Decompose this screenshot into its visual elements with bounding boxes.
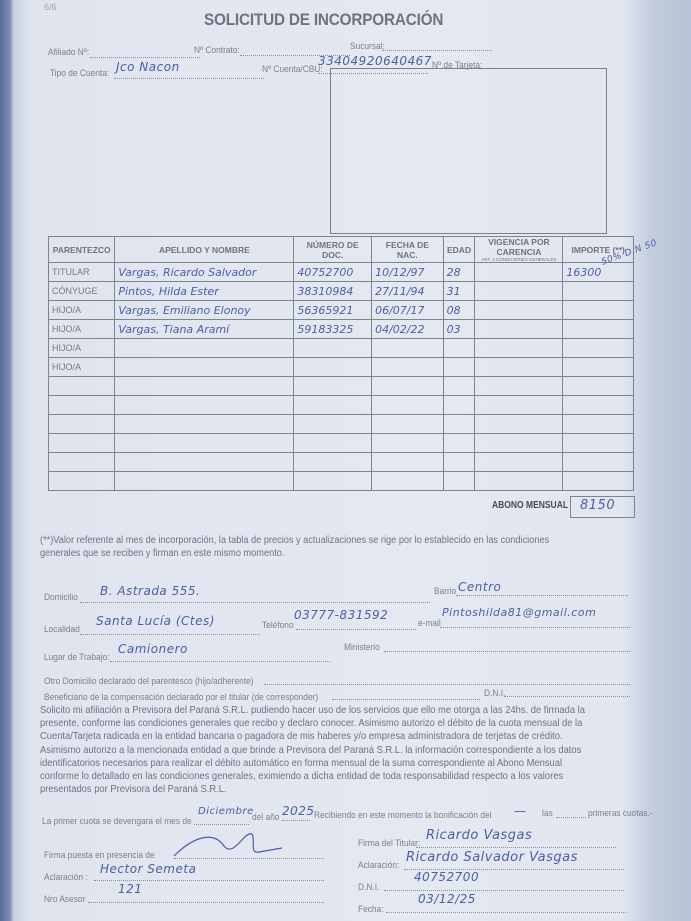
table-header-row: PARENTEZCO APELLIDO Y NOMBRE NÚMERO DE D… xyxy=(49,237,634,263)
tipo-cuenta-field[interactable] xyxy=(114,78,264,79)
cell-nombre[interactable] xyxy=(115,358,294,377)
fecha-value: 03/12/25 xyxy=(418,892,476,906)
contrato-label: Nº Contrato: xyxy=(194,45,240,56)
barrio-label: Barrio xyxy=(434,586,456,597)
cell-importe[interactable] xyxy=(563,472,634,491)
domicilio-label: Domicilio xyxy=(44,592,78,603)
cell-parentezco: CÓNYUGE xyxy=(49,282,115,301)
table-row xyxy=(49,377,634,396)
telefono-label: Teléfono xyxy=(262,620,294,631)
col-vigencia-sub: ART. 4 CONDICIONES GENERALES xyxy=(478,257,559,262)
form-title: SOLICITUD DE INCORPORACIÓN xyxy=(204,10,443,30)
table-row: HIJO/A xyxy=(49,339,634,358)
cell-edad[interactable] xyxy=(443,358,475,377)
cell-vigencia[interactable] xyxy=(475,263,563,282)
firma-titular-label: Firma del Titular: xyxy=(358,838,420,849)
domicilio-value: B. Astrada 555. xyxy=(100,584,200,598)
aclaracion-right-value: Ricardo Salvador Vasgas xyxy=(406,850,578,865)
barrio-value: Centro xyxy=(458,580,501,594)
witness-signature xyxy=(164,826,284,866)
cell-edad[interactable] xyxy=(443,472,475,491)
cell-importe[interactable] xyxy=(563,396,634,415)
cuenta-cbu-value: 33404920640467 xyxy=(318,54,432,68)
firma-titular-value: Ricardo Vasgas xyxy=(426,828,532,843)
cell-nombre[interactable]: Vargas, Ricardo Salvador xyxy=(115,263,294,282)
cell-fecha[interactable] xyxy=(372,358,444,377)
cell-edad[interactable] xyxy=(443,377,475,396)
cell-nombre[interactable] xyxy=(115,415,294,434)
cell-vigencia[interactable] xyxy=(475,301,563,320)
trabajo-label: Lugar de Trabajo: xyxy=(44,652,110,663)
bonificacion-text: Recibiendo en este momento la bonificaci… xyxy=(314,810,492,821)
localidad-label: Localidad xyxy=(44,624,80,635)
cell-vigencia[interactable] xyxy=(475,358,563,377)
cell-nombre[interactable] xyxy=(115,396,294,415)
cell-fecha[interactable] xyxy=(372,396,444,415)
cell-nombre[interactable] xyxy=(115,377,294,396)
cell-doc[interactable] xyxy=(294,339,372,358)
ministerio-label: Ministerio xyxy=(344,642,380,653)
cell-edad[interactable] xyxy=(443,434,475,453)
cell-edad[interactable]: 31 xyxy=(443,282,475,301)
email-label: e-mail xyxy=(418,618,441,629)
cell-importe[interactable]: 16300 xyxy=(563,263,634,282)
beneficiario-field[interactable] xyxy=(332,699,480,700)
beneficiario-dni-field[interactable] xyxy=(504,696,630,697)
cell-nombre[interactable]: Vargas, Emiliano Elonoy xyxy=(115,301,294,320)
cell-nombre[interactable] xyxy=(115,472,294,491)
table-row: HIJO/AVargas, Emiliano Elonoy5636592106/… xyxy=(49,301,634,320)
firma-titular-field[interactable] xyxy=(416,847,616,848)
cuota-suffix: primeras cuotas.- xyxy=(588,808,653,819)
cell-doc[interactable] xyxy=(294,396,372,415)
cell-importe[interactable] xyxy=(563,320,634,339)
cell-vigencia[interactable] xyxy=(475,339,563,358)
aclaracion-left-field[interactable] xyxy=(94,880,324,881)
cell-importe[interactable] xyxy=(563,415,634,434)
cuota-anio-field[interactable] xyxy=(282,820,310,821)
trabajo-field[interactable] xyxy=(110,661,330,662)
cell-doc[interactable] xyxy=(294,472,372,491)
col-parentezco: PARENTEZCO xyxy=(49,237,115,263)
barrio-field[interactable] xyxy=(456,595,628,596)
asesor-value: 121 xyxy=(118,882,142,896)
cell-importe[interactable] xyxy=(563,282,634,301)
cell-parentezco xyxy=(49,453,115,472)
cell-doc[interactable]: 56365921 xyxy=(294,301,372,320)
cell-importe[interactable] xyxy=(563,301,634,320)
dni-value: 40752700 xyxy=(414,870,479,884)
dni-field[interactable] xyxy=(384,890,624,891)
cell-nombre[interactable] xyxy=(115,453,294,472)
price-note: (**)Valor referente al mes de incorporac… xyxy=(40,534,592,560)
cell-fecha[interactable]: 27/11/94 xyxy=(372,282,444,301)
cell-doc[interactable]: 59183325 xyxy=(294,320,372,339)
las-field[interactable] xyxy=(556,817,586,818)
page-indicator: 6/6 xyxy=(44,2,57,12)
cell-doc[interactable]: 40752700 xyxy=(294,263,372,282)
family-table: PARENTEZCO APELLIDO Y NOMBRE NÚMERO DE D… xyxy=(48,236,634,491)
cell-doc[interactable] xyxy=(294,358,372,377)
cell-vigencia[interactable] xyxy=(475,434,563,453)
table-row: TITULARVargas, Ricardo Salvador407527001… xyxy=(49,263,634,282)
tipo-cuenta-label: Tipo de Cuenta: xyxy=(50,68,109,79)
telefono-field[interactable] xyxy=(296,629,416,630)
email-value: Pintoshilda81@gmail.com xyxy=(442,606,596,619)
cell-edad[interactable] xyxy=(443,453,475,472)
bonificacion-value: — xyxy=(514,804,527,818)
cell-fecha[interactable] xyxy=(372,339,444,358)
table-row xyxy=(49,453,634,472)
cell-parentezco xyxy=(49,415,115,434)
cell-importe[interactable] xyxy=(563,377,634,396)
cell-doc[interactable] xyxy=(294,434,372,453)
cell-doc[interactable]: 38310984 xyxy=(294,282,372,301)
cell-vigencia[interactable] xyxy=(475,472,563,491)
cuota-mes-field[interactable] xyxy=(194,824,249,825)
col-doc: NÚMERO DE DOC. xyxy=(294,237,372,263)
afiliado-label: Afiliado Nº: xyxy=(48,47,89,58)
abono-value: 8150 xyxy=(580,498,615,513)
cell-fecha[interactable]: 10/12/97 xyxy=(372,263,444,282)
cuenta-cbu-label: Nº Cuenta/CBU: xyxy=(262,64,323,75)
cell-parentezco: HIJO/A xyxy=(49,358,115,377)
cell-parentezco xyxy=(49,377,115,396)
table-row: HIJO/A xyxy=(49,358,634,377)
beneficiario-dni-label: D.N.I. xyxy=(484,688,505,699)
aclaracion-left-label: Aclaración : xyxy=(44,872,88,883)
cell-fecha[interactable]: 04/02/22 xyxy=(372,320,444,339)
table-row: HIJO/AVargas, Tiana Aramí5918332504/02/2… xyxy=(49,320,634,339)
cell-vigencia[interactable] xyxy=(475,377,563,396)
cuota-mes-value: Diciembre xyxy=(198,806,254,817)
cell-edad[interactable]: 03 xyxy=(443,320,475,339)
cell-fecha[interactable]: 06/07/17 xyxy=(372,301,444,320)
ministerio-field[interactable] xyxy=(384,651,630,652)
cell-nombre[interactable] xyxy=(115,434,294,453)
cell-nombre[interactable]: Vargas, Tiana Aramí xyxy=(115,320,294,339)
table-row: CÓNYUGEPintos, Hilda Ester3831098427/11/… xyxy=(49,282,634,301)
col-edad: EDAD xyxy=(443,237,475,263)
cell-nombre[interactable] xyxy=(115,339,294,358)
presencia-label: Firma puesta en presencia de xyxy=(44,850,155,861)
otro-domicilio-label: Otro Domicilio declarado del parentesco … xyxy=(44,676,254,687)
otro-domicilio-field[interactable] xyxy=(264,684,630,685)
tipo-cuenta-value: Jco Nacon xyxy=(116,60,180,74)
cell-parentezco: HIJO/A xyxy=(49,320,115,339)
cell-parentezco: HIJO/A xyxy=(49,339,115,358)
cell-edad[interactable]: 08 xyxy=(443,301,475,320)
form-sheet: 6/6 SOLICITUD DE INCORPORACIÓN Afiliado … xyxy=(14,0,654,921)
cell-doc[interactable] xyxy=(294,453,372,472)
cell-fecha[interactable] xyxy=(372,415,444,434)
abono-label: ABONO MENSUAL xyxy=(492,500,568,511)
cell-fecha[interactable] xyxy=(372,472,444,491)
domicilio-field[interactable] xyxy=(80,602,430,603)
sucursal-field[interactable] xyxy=(382,50,492,51)
localidad-value: Santa Lucía (Ctes) xyxy=(96,614,215,628)
col-fecha: FECHA DE NAC. xyxy=(372,237,444,263)
table-row xyxy=(49,415,634,434)
cell-importe[interactable] xyxy=(563,434,634,453)
cell-parentezco: TITULAR xyxy=(49,263,115,282)
cell-parentezco xyxy=(49,434,115,453)
col-vigencia: VIGENCIA POR CARENCIAART. 4 CONDICIONES … xyxy=(475,237,563,263)
cell-vigencia[interactable] xyxy=(475,415,563,434)
aclaracion-left-value: Hector Semeta xyxy=(100,862,196,876)
cell-nombre[interactable]: Pintos, Hilda Ester xyxy=(115,282,294,301)
col-nombre: APELLIDO Y NOMBRE xyxy=(115,237,294,263)
legal-text: Solicito mi afiliación a Previsora del P… xyxy=(40,704,592,796)
cell-edad[interactable] xyxy=(443,415,475,434)
asesor-label: Nro Asesor xyxy=(44,894,85,905)
cuota-anio-value: 2025 xyxy=(282,804,315,818)
fecha-field[interactable] xyxy=(386,912,626,913)
cell-edad[interactable] xyxy=(443,396,475,415)
table-row xyxy=(49,472,634,491)
cell-doc[interactable] xyxy=(294,415,372,434)
cell-fecha[interactable] xyxy=(372,377,444,396)
cell-importe[interactable] xyxy=(563,453,634,472)
photo-box xyxy=(330,68,607,234)
sucursal-label: Sucursal: xyxy=(350,41,385,52)
cell-parentezco xyxy=(49,396,115,415)
beneficiario-label: Beneficiario de la compensación declarad… xyxy=(44,692,318,703)
cell-vigencia[interactable] xyxy=(475,396,563,415)
trabajo-value: Camionero xyxy=(118,642,188,656)
cell-importe[interactable] xyxy=(563,339,634,358)
table-row xyxy=(49,434,634,453)
table-row xyxy=(49,396,634,415)
cell-vigencia[interactable] xyxy=(475,282,563,301)
email-field[interactable] xyxy=(440,627,630,628)
cell-fecha[interactable] xyxy=(372,453,444,472)
cell-doc[interactable] xyxy=(294,377,372,396)
cell-vigencia[interactable] xyxy=(475,320,563,339)
cuota-anio-label: del año xyxy=(252,812,279,823)
cell-fecha[interactable] xyxy=(372,434,444,453)
cell-parentezco: HIJO/A xyxy=(49,301,115,320)
dni-label: D.N.I. xyxy=(358,882,379,893)
las-label: las xyxy=(542,808,553,819)
aclaracion-right-label: Aclaración: xyxy=(358,860,399,871)
cell-parentezco xyxy=(49,472,115,491)
cell-vigencia[interactable] xyxy=(475,453,563,472)
cell-importe[interactable] xyxy=(563,358,634,377)
cell-edad[interactable] xyxy=(443,339,475,358)
telefono-value: 03777-831592 xyxy=(294,608,388,622)
fecha-label: Fecha: xyxy=(358,904,384,915)
col-vigencia-title: VIGENCIA POR CARENCIA xyxy=(488,237,550,257)
asesor-field[interactable] xyxy=(88,902,324,903)
cell-edad[interactable]: 28 xyxy=(443,263,475,282)
localidad-field[interactable] xyxy=(80,634,260,635)
afiliado-field[interactable] xyxy=(90,57,200,58)
